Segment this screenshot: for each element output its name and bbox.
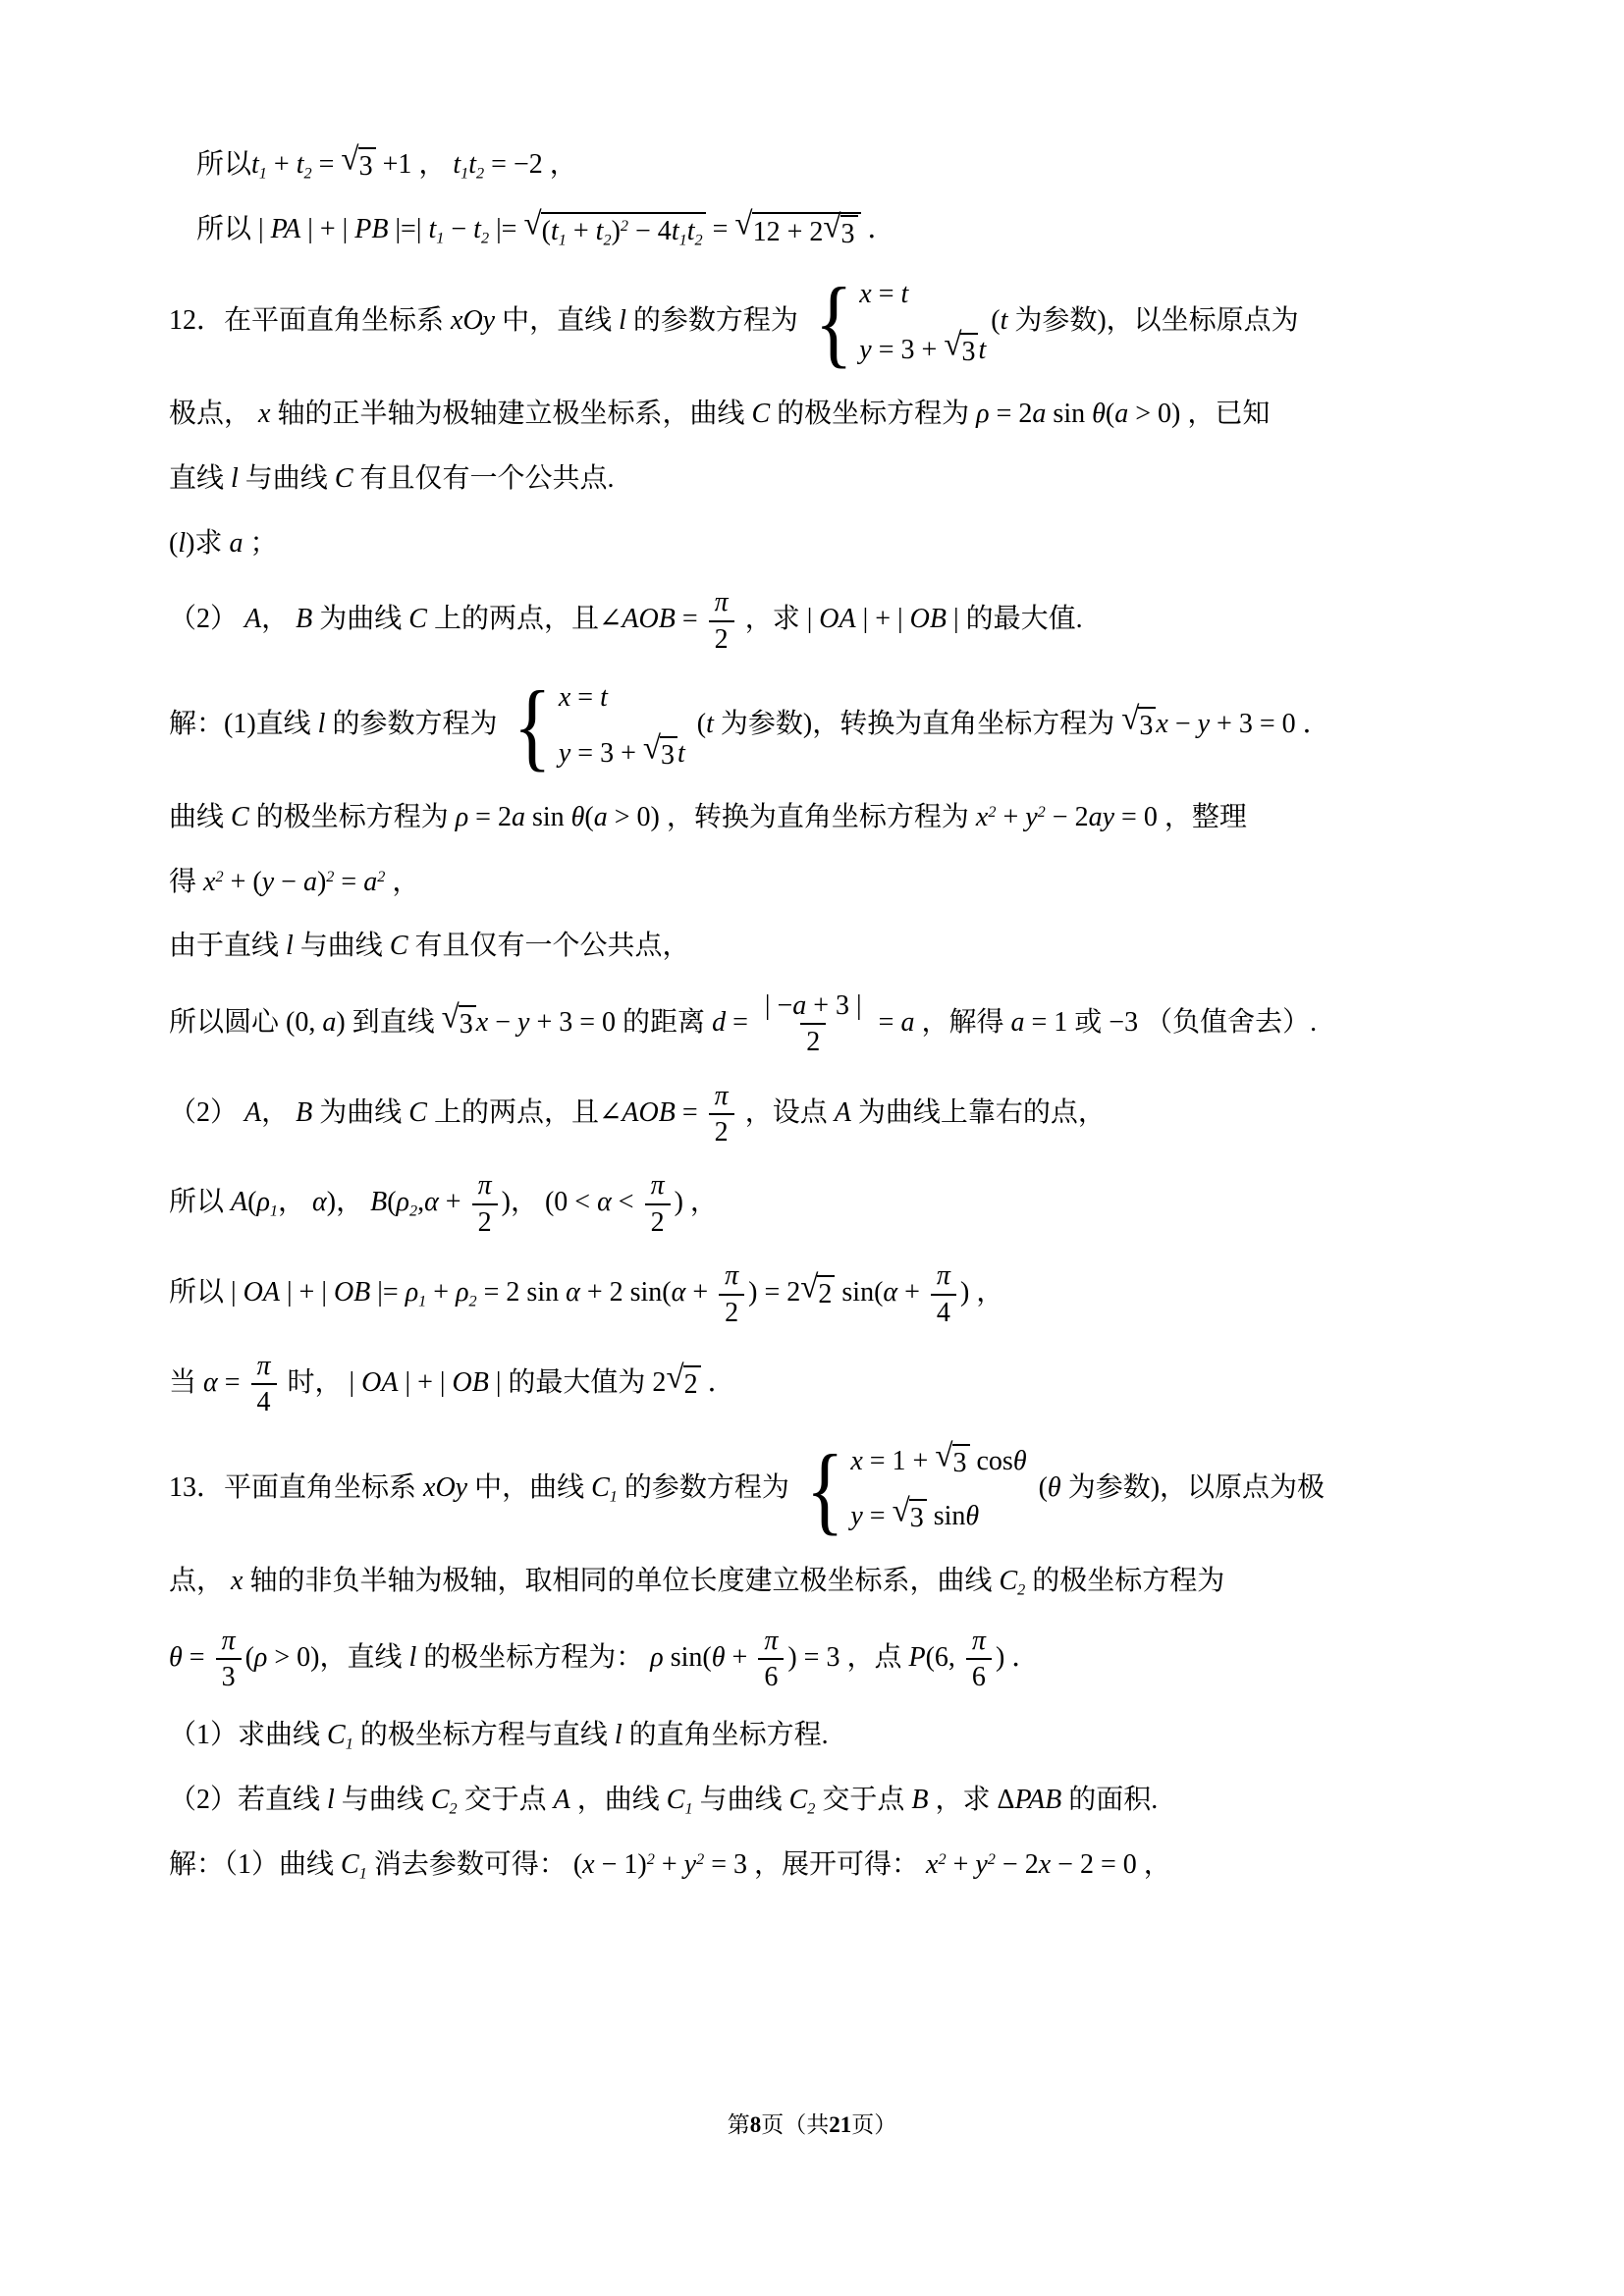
text-run: = 3 + xyxy=(570,738,643,769)
math-variable: π xyxy=(257,1351,271,1381)
text-run: + 3 = 0 的距离 xyxy=(529,1007,712,1038)
text-run: 3 xyxy=(953,1448,967,1478)
math-variable: θ xyxy=(1013,1446,1027,1476)
math-variable: PB xyxy=(354,214,388,244)
math-variable: ρ xyxy=(254,1641,267,1672)
radical: √3 xyxy=(442,1005,476,1041)
text-run: = xyxy=(183,1641,212,1672)
document-line: (l)求 a ； xyxy=(169,524,1487,564)
text-run: − 2 xyxy=(996,1849,1039,1880)
subscript: 1 xyxy=(559,231,567,248)
text-run: − xyxy=(274,867,303,897)
math-variable: P xyxy=(908,1641,925,1672)
text-run: ． xyxy=(861,214,895,244)
text-run: − xyxy=(488,1007,517,1038)
text-run: = xyxy=(218,1367,247,1398)
text-run: 的极坐标方程为： xyxy=(416,1641,650,1672)
radicand: 2 xyxy=(817,1275,835,1311)
math-variable: α xyxy=(424,1187,439,1217)
math-variable: π xyxy=(651,1170,665,1201)
text-run: ， xyxy=(278,1187,312,1217)
document-line: 点， x 轴的非负半轴为极轴，取相同的单位长度建立极坐标系，曲线 C2 的极坐标… xyxy=(169,1562,1487,1602)
text-run: 页（共 xyxy=(761,2112,829,2137)
text-run: 交于点 xyxy=(458,1785,554,1815)
radical-sign: √ xyxy=(523,208,541,240)
math-variable: α xyxy=(597,1187,612,1217)
math-variable: a xyxy=(363,867,377,897)
math-variable: l xyxy=(619,305,626,336)
text-run: 2 xyxy=(715,624,729,655)
math-variable: π xyxy=(725,1260,738,1291)
text-run: sin xyxy=(927,1501,966,1531)
math-variable: AOB xyxy=(622,604,675,634)
text-run: = 3 + xyxy=(872,335,945,365)
math-variable: t xyxy=(706,709,714,739)
radicand: 3 xyxy=(960,333,978,369)
text-run: 点， xyxy=(169,1566,231,1596)
text-run: sin( xyxy=(664,1641,712,1672)
math-variable: C xyxy=(999,1566,1017,1596)
math-variable: l xyxy=(615,1720,623,1750)
text-run: ) = 2 xyxy=(748,1277,800,1308)
text-run: 消去参数可得： ( xyxy=(367,1849,582,1880)
text-run: （1）求曲线 xyxy=(169,1720,327,1750)
text-run: sin( xyxy=(835,1277,883,1308)
text-run: ( xyxy=(245,1641,254,1672)
text-run: 与曲线 xyxy=(335,1785,431,1815)
text-run: 的极坐标方程为 xyxy=(249,802,456,832)
text-run: 时， | xyxy=(281,1367,362,1398)
document-line: 极点， x 轴的正半轴为极轴建立极坐标系，曲线 C 的极坐标方程为 ρ = 2a… xyxy=(169,395,1487,435)
text-run: ) xyxy=(317,867,326,897)
text-run: ， xyxy=(385,867,419,897)
text-run: 4 xyxy=(937,1298,950,1328)
math-variable: t xyxy=(677,738,685,769)
text-run: 与曲线 xyxy=(294,931,390,961)
math-variable: xOy xyxy=(451,305,495,336)
radicand: 2 xyxy=(683,1365,701,1402)
cases-row: x = 1 + √3 cosθ xyxy=(850,1442,1026,1482)
document-line: θ = π3(ρ > 0)，直线 l 的极坐标方程为： ρ sin(θ + π6… xyxy=(169,1627,1487,1692)
math-variable: y xyxy=(1025,802,1037,832)
text-run: 12．在平面直角坐标系 xyxy=(169,305,451,336)
math-variable: y xyxy=(262,867,274,897)
radical: √12 + 2√3 xyxy=(734,212,860,251)
text-run: （2）若直线 xyxy=(169,1785,327,1815)
math-variable: C xyxy=(341,1849,359,1880)
text-run: > 0)，直线 xyxy=(267,1641,408,1672)
math-variable: C xyxy=(231,802,249,832)
fraction-denominator: 6 xyxy=(966,1658,992,1691)
math-variable: ρ xyxy=(650,1641,663,1672)
text-run: 为曲线上靠右的点， xyxy=(851,1097,1106,1128)
math-variable: C xyxy=(591,1472,610,1503)
math-variable: x xyxy=(1156,709,1167,739)
document-body: 所以t1 + t2 = √3 +1 ， t1t2 = −2 ，所以 | PA |… xyxy=(169,145,1487,1885)
radical: √3 xyxy=(935,1444,969,1480)
text-run: + 3 | xyxy=(806,990,861,1021)
math-variable: l xyxy=(327,1785,335,1815)
text-run: 中，曲线 xyxy=(467,1472,591,1503)
text-run: = xyxy=(312,149,342,180)
text-run: | 的最大值. xyxy=(947,604,1083,634)
radicand: 3 xyxy=(952,1444,970,1480)
text-run: 为参数)，以原点为极 xyxy=(1061,1472,1325,1503)
math-variable: OB xyxy=(334,1277,370,1308)
radicand: 3 xyxy=(1138,707,1156,743)
math-variable: t xyxy=(551,216,559,246)
text-run: 页） xyxy=(851,2112,896,2137)
text-run: ； xyxy=(243,528,277,559)
text-run: 4 xyxy=(257,1387,271,1417)
math-variable: A xyxy=(244,604,261,634)
math-variable: π xyxy=(222,1626,236,1656)
math-variable: t xyxy=(672,216,679,246)
text-run: 的参数方程为 xyxy=(618,1472,796,1503)
radical-sign: √ xyxy=(823,211,840,243)
math-variable: A xyxy=(244,1097,261,1128)
text-run: | + | xyxy=(280,1277,334,1308)
text-run: | + | xyxy=(300,214,354,244)
text-run: | + | xyxy=(398,1367,452,1398)
fraction-numerator: π xyxy=(719,1261,744,1293)
math-variable: a xyxy=(792,990,806,1021)
text-run: 为曲线 xyxy=(312,604,408,634)
text-run: − xyxy=(1168,709,1198,739)
math-variable: a xyxy=(1032,399,1046,429)
math-variable: θ xyxy=(1092,399,1106,429)
subscript: 1 xyxy=(270,1202,278,1220)
document-line: （2） A， B 为曲线 C 上的两点，且∠AOB = π2 ，求 | OA |… xyxy=(169,588,1487,654)
fraction-numerator: π xyxy=(931,1261,956,1293)
text-run: 所以 | xyxy=(196,214,271,244)
math-variable: t xyxy=(251,149,259,180)
text-run: 解：(1)直线 xyxy=(169,709,318,739)
text-run: = 2 xyxy=(990,399,1033,429)
text-run: ，设点 xyxy=(738,1097,835,1128)
math-variable: y xyxy=(975,1849,987,1880)
math-variable: C xyxy=(335,463,353,494)
text-run: 所以圆心 (0, xyxy=(169,1007,322,1038)
subscript: 2 xyxy=(481,229,489,246)
math-variable: a xyxy=(303,867,317,897)
fraction-denominator: 2 xyxy=(709,620,734,654)
text-run: > 0) ，已知 xyxy=(1128,399,1270,429)
subscript: 1 xyxy=(610,1488,618,1506)
text-run: )， xyxy=(327,1187,370,1217)
bold-text: 21 xyxy=(829,2112,851,2137)
text-run: 的极坐标方程与直线 xyxy=(353,1720,615,1750)
math-variable: α xyxy=(312,1187,327,1217)
text-run: − 2 = 0 ， xyxy=(1051,1849,1171,1880)
math-variable: θ xyxy=(965,1501,979,1531)
fraction-numerator: π xyxy=(216,1627,242,1658)
text-run: ( xyxy=(1032,1472,1048,1503)
math-variable: t xyxy=(600,682,608,713)
math-variable: θ xyxy=(169,1641,183,1672)
math-variable: y xyxy=(684,1849,696,1880)
text-run: = 2 xyxy=(468,802,512,832)
text-run: 的参数方程为 xyxy=(325,709,504,739)
text-run: + 2 sin( xyxy=(580,1277,672,1308)
text-run: 轴的正半轴为极轴建立极坐标系，曲线 xyxy=(270,399,751,429)
math-variable: xOy xyxy=(423,1472,467,1503)
math-variable: x xyxy=(926,1849,938,1880)
document-line: 所以 A(ρ1， α)， B(ρ2,α + π2)， (0 < α < π2) … xyxy=(169,1171,1487,1237)
math-variable: ay xyxy=(1089,802,1114,832)
radical-sign: √ xyxy=(341,144,358,177)
text-run: ) ， xyxy=(960,1277,1003,1308)
math-variable: θ xyxy=(1048,1472,1061,1503)
math-variable: x xyxy=(559,682,570,713)
document-line: 解：(1)直线 l 的参数方程为 {x = ty = 3 + √3t (t 为参… xyxy=(169,678,1487,774)
text-run: )求 xyxy=(186,528,229,559)
subscript: 2 xyxy=(695,231,703,248)
text-run: 第 xyxy=(728,2112,750,2137)
math-variable: C xyxy=(408,1097,427,1128)
math-variable: a xyxy=(512,802,525,832)
text-run: ) 到直线 xyxy=(336,1007,441,1038)
text-run: ，解得 xyxy=(914,1007,1010,1038)
radical-sign: √ xyxy=(734,208,752,240)
subscript: 2 xyxy=(409,1202,417,1220)
superscript: 2 xyxy=(215,868,223,885)
math-variable: x xyxy=(1039,1849,1051,1880)
radical: √2 xyxy=(800,1275,835,1311)
subscript: 2 xyxy=(450,1800,458,1818)
cases-row: y = √3 sinθ xyxy=(850,1497,979,1537)
bold-text: 8 xyxy=(750,2112,762,2137)
math-variable: π xyxy=(937,1260,950,1291)
text-run: 3 xyxy=(359,151,373,182)
math-variable: a xyxy=(229,528,243,559)
text-run: = xyxy=(726,1007,755,1038)
text-run: − 1) xyxy=(595,1849,647,1880)
superscript: 2 xyxy=(647,1850,655,1868)
radical: √2 xyxy=(666,1365,700,1402)
math-variable: C xyxy=(390,931,408,961)
fraction: | −a + 3 |2 xyxy=(759,991,868,1057)
text-run: ( xyxy=(169,528,178,559)
text-run: ( xyxy=(991,305,1000,336)
math-variable: A xyxy=(835,1097,851,1128)
text-run: ，求 Δ xyxy=(929,1785,1015,1815)
text-run: + xyxy=(996,802,1025,832)
math-variable: PA xyxy=(271,214,301,244)
radical-sign: √ xyxy=(893,1496,910,1528)
fraction-numerator: π xyxy=(709,1082,734,1113)
text-run: 13．平面直角坐标系 xyxy=(169,1472,423,1503)
text-run: 为参数)，以坐标原点为 xyxy=(1007,305,1298,336)
text-run: 3 xyxy=(841,219,855,249)
text-run: |= xyxy=(370,1277,405,1308)
cases-row: y = 3 + √3t xyxy=(559,734,685,774)
text-run: 2 xyxy=(725,1298,738,1328)
cases-row: x = t xyxy=(559,678,608,719)
math-variable: l xyxy=(231,463,239,494)
radical-sign: √ xyxy=(800,1272,818,1305)
math-variable: π xyxy=(715,587,729,617)
math-variable: C xyxy=(431,1785,450,1815)
left-brace-icon: { xyxy=(514,686,552,766)
left-brace-icon: { xyxy=(815,283,853,362)
left-brace-icon: { xyxy=(806,1450,844,1529)
math-variable: x xyxy=(582,1849,594,1880)
fraction-denominator: 2 xyxy=(719,1294,744,1327)
radical: √3 xyxy=(341,147,375,184)
text-run: 3 xyxy=(910,1503,924,1533)
text-run: 上的两点，且∠ xyxy=(427,1097,622,1128)
text-run: ，求 | xyxy=(738,604,820,634)
text-run: +1 ， xyxy=(376,149,454,180)
text-run: = 1 或 −3 （负值舍去）. xyxy=(1024,1007,1317,1038)
math-variable: C xyxy=(789,1785,808,1815)
subscript: 1 xyxy=(684,1800,692,1818)
math-variable: a xyxy=(1010,1007,1024,1038)
text-run: 的极坐标方程为 xyxy=(1025,1566,1224,1596)
superscript: 2 xyxy=(621,217,628,235)
text-run: 2 xyxy=(806,1027,820,1057)
text-run: ( xyxy=(584,802,593,832)
math-variable: A xyxy=(554,1785,570,1815)
text-run: + xyxy=(267,149,297,180)
document-line: 13．平面直角坐标系 xOy 中，曲线 C1 的参数方程为 {x = 1 + √… xyxy=(169,1442,1487,1537)
text-run: 2 xyxy=(715,1117,729,1148)
math-variable: t xyxy=(468,149,476,180)
math-variable: x xyxy=(976,802,988,832)
document-line: （2）若直线 l 与曲线 C2 交于点 A ，曲线 C1 与曲线 C2 交于点 … xyxy=(169,1781,1487,1821)
subscript: 1 xyxy=(359,1864,367,1882)
radical-sign: √ xyxy=(643,732,661,765)
text-run: ( xyxy=(690,709,706,739)
text-run: 曲线 xyxy=(169,802,231,832)
radicand: 3 xyxy=(840,215,858,251)
math-variable: x xyxy=(859,279,871,309)
text-run: ) ． xyxy=(996,1641,1039,1672)
math-variable: t xyxy=(978,335,986,365)
radicand: (t1 + t2)2 − 4t1t2 xyxy=(541,212,706,248)
text-run: |=| xyxy=(388,214,428,244)
text-run: ． xyxy=(701,1367,735,1398)
subscript: 2 xyxy=(476,165,484,183)
text-run: = xyxy=(872,1007,901,1038)
math-variable: π xyxy=(764,1626,778,1656)
text-run: 6 xyxy=(972,1662,986,1692)
fraction: π6 xyxy=(966,1627,992,1692)
text-run: 2 xyxy=(478,1207,492,1238)
text-run: = 2 sin xyxy=(477,1277,566,1308)
fraction-denominator: 2 xyxy=(709,1113,734,1147)
text-run: 极点， xyxy=(169,399,258,429)
radical: √3 xyxy=(1121,707,1156,743)
cases-row: y = 3 + √3t xyxy=(859,331,986,371)
text-run: = xyxy=(872,279,901,309)
radicand: 3 xyxy=(358,147,376,184)
fraction-denominator: 4 xyxy=(251,1383,277,1416)
subscript: 2 xyxy=(469,1293,477,1310)
math-variable: B xyxy=(296,604,312,634)
text-run: 6 xyxy=(764,1662,778,1692)
radicand: 3 xyxy=(909,1499,927,1535)
radicand: 12 + 2√3 xyxy=(752,212,861,251)
math-variable: C xyxy=(667,1785,685,1815)
text-run: = −2 ， xyxy=(484,149,577,180)
text-run: ( xyxy=(542,216,551,246)
math-variable: ρ xyxy=(976,399,989,429)
subscript: 1 xyxy=(679,231,687,248)
text-run: 的直角坐标方程. xyxy=(623,1720,829,1750)
radical-sign: √ xyxy=(1121,704,1139,736)
text-run: + xyxy=(726,1641,755,1672)
cases-rows: x = ty = 3 + √3t xyxy=(859,275,986,370)
math-variable: y xyxy=(859,335,871,365)
text-run: 3 xyxy=(961,337,975,367)
subscript: 1 xyxy=(346,1735,353,1753)
text-run: 与曲线 xyxy=(239,463,335,494)
document-line: 所以圆心 (0, a) 到直线 √3x − y + 3 = 0 的距离 d = … xyxy=(169,991,1487,1057)
math-variable: t xyxy=(297,149,304,180)
document-line: 所以 | OA | + | OB |= ρ1 + ρ2 = 2 sin α + … xyxy=(169,1261,1487,1327)
superscript: 2 xyxy=(1038,803,1046,821)
text-run: = xyxy=(570,682,600,713)
fraction-numerator: | −a + 3 | xyxy=(759,991,868,1023)
text-run: 与曲线 xyxy=(693,1785,789,1815)
fraction-denominator: 6 xyxy=(758,1658,784,1691)
fraction-numerator: π xyxy=(472,1171,498,1202)
fraction-denominator: 2 xyxy=(645,1203,671,1237)
text-run: + xyxy=(439,1187,468,1217)
radical: √(t1 + t2)2 − 4t1t2 xyxy=(523,212,705,248)
fraction: π2 xyxy=(472,1171,498,1237)
radicand: 3 xyxy=(459,1005,476,1041)
math-variable: OB xyxy=(453,1367,489,1398)
math-variable: a xyxy=(322,1007,336,1038)
radical-sign: √ xyxy=(944,329,961,361)
fraction: π6 xyxy=(758,1627,784,1692)
text-run: 3 xyxy=(222,1662,236,1692)
text-run: 2 xyxy=(818,1279,832,1309)
text-run: 有且仅有一个公共点. xyxy=(353,463,615,494)
cases-group: {x = ty = 3 + √3t xyxy=(810,275,986,370)
text-run: = xyxy=(863,1501,893,1531)
text-run: = xyxy=(676,604,705,634)
fraction: π2 xyxy=(709,588,734,654)
fraction-numerator: π xyxy=(709,588,734,619)
text-run: ) ， xyxy=(675,1187,718,1217)
text-run: + ( xyxy=(224,867,262,897)
text-run: = xyxy=(334,867,363,897)
math-variable: y xyxy=(517,1007,529,1038)
text-run: （2） xyxy=(169,604,244,634)
text-run: |= xyxy=(489,214,523,244)
math-variable: PAB xyxy=(1015,1785,1062,1815)
text-run: + xyxy=(685,1277,715,1308)
text-run: − xyxy=(444,214,473,244)
math-variable: B xyxy=(296,1097,312,1128)
fraction: π2 xyxy=(709,1082,734,1148)
math-variable: x xyxy=(476,1007,488,1038)
math-variable: ρ xyxy=(456,1277,468,1308)
math-variable: x xyxy=(850,1446,862,1476)
text-run: + xyxy=(567,216,596,246)
cases-rows: x = 1 + √3 cosθy = √3 sinθ xyxy=(850,1442,1026,1537)
text-run: 12 + 2 xyxy=(753,217,824,247)
text-run: − 2 xyxy=(1046,802,1089,832)
text-run: = xyxy=(676,1097,705,1128)
text-run: 3 xyxy=(460,1009,473,1040)
radical-sign: √ xyxy=(442,1001,460,1034)
math-variable: a xyxy=(900,1007,914,1038)
